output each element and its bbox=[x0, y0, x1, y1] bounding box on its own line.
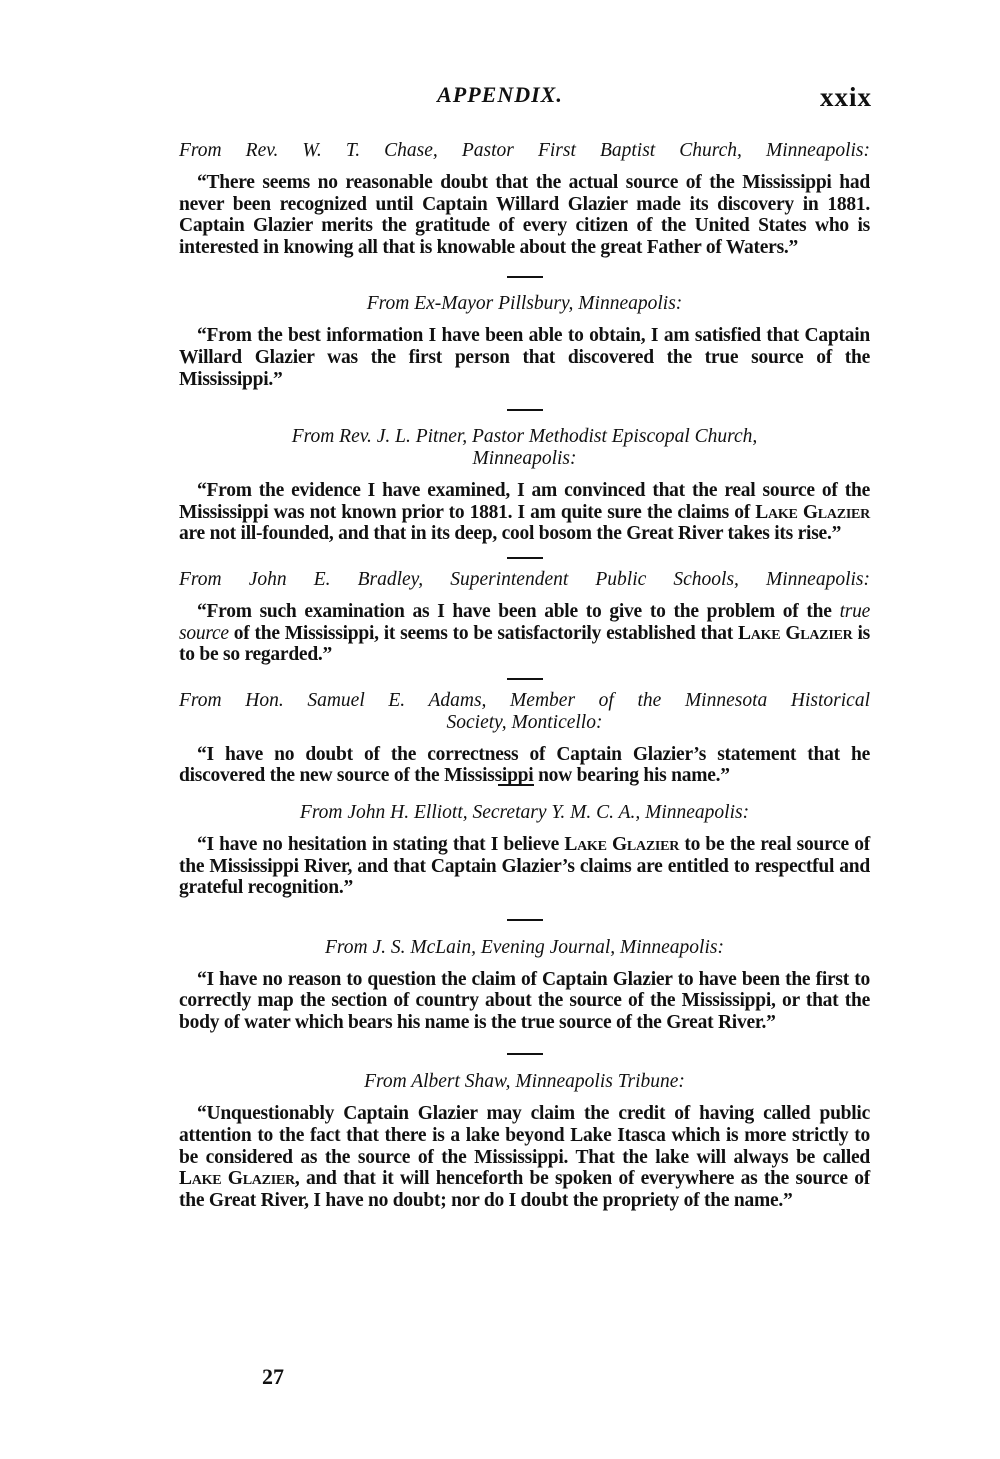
section-divider bbox=[507, 678, 543, 680]
lake-glazier-name: Lake Glazier bbox=[564, 834, 679, 855]
attribution: From John H. Elliott, Secretary Y. M. C.… bbox=[179, 802, 870, 824]
testimonial-chase: From Rev. W. T. Chase, Pastor First Bapt… bbox=[179, 140, 870, 258]
quote: “I have no reason to question the claim … bbox=[179, 969, 870, 1034]
quote-text: are not ill-founded, and that in its dee… bbox=[179, 523, 841, 544]
quote-text: “I have no hesitation in stating that I … bbox=[197, 834, 564, 855]
testimonial-elliott: From John H. Elliott, Secretary Y. M. C.… bbox=[179, 802, 870, 899]
attribution: From Albert Shaw, Minneapolis Tribune: bbox=[179, 1071, 870, 1093]
lake-glazier-name: Lake Glazier bbox=[738, 623, 852, 644]
testimonial-shaw: From Albert Shaw, Minneapolis Tribune: “… bbox=[179, 1071, 870, 1211]
testimonial-pillsbury: From Ex-Mayor Pillsbury, Minneapolis: “F… bbox=[179, 293, 870, 390]
book-page: APPENDIX. xxix From Rev. W. T. Chase, Pa… bbox=[0, 0, 1000, 1459]
quote-text: “Unquestionably Captain Glazier may clai… bbox=[179, 1103, 870, 1167]
quote: “From the best information I have been a… bbox=[179, 325, 870, 390]
attribution-line-2: Society, Monticello: bbox=[179, 712, 870, 734]
lake-glazier-name: Lake Glazier bbox=[179, 1168, 295, 1189]
testimonial-mclain: From J. S. McLain, Evening Journal, Minn… bbox=[179, 937, 870, 1034]
lake-glazier-name: Lake Glazier bbox=[755, 502, 870, 523]
section-divider bbox=[507, 409, 543, 411]
section-divider bbox=[507, 557, 543, 559]
testimonial-adams: From Hon. Samuel E. Adams, Member of the… bbox=[179, 690, 870, 787]
signature-mark: 27 bbox=[262, 1364, 284, 1390]
running-head: APPENDIX. xxix bbox=[0, 82, 1000, 112]
quote: “There seems no reasonable doubt that th… bbox=[179, 172, 870, 258]
quote: “I have no hesitation in stating that I … bbox=[179, 834, 870, 899]
attribution-line-1: From Hon. Samuel E. Adams, Member of the… bbox=[179, 690, 870, 712]
section-divider bbox=[507, 919, 543, 921]
attribution-line-1: From Rev. J. L. Pitner, Pastor Methodist… bbox=[179, 426, 870, 448]
testimonial-pitner: From Rev. J. L. Pitner, Pastor Methodist… bbox=[179, 426, 870, 545]
quote-text: of the Mississippi, it seems to be satis… bbox=[229, 623, 738, 644]
page-body: From Rev. W. T. Chase, Pastor First Bapt… bbox=[179, 140, 870, 1211]
quote: “I have no doubt of the correctness of C… bbox=[179, 744, 870, 787]
testimonial-bradley: From John E. Bradley, Superintendent Pub… bbox=[179, 569, 870, 666]
quote: “Unquestionably Captain Glazier may clai… bbox=[179, 1103, 870, 1211]
attribution: From J. S. McLain, Evening Journal, Minn… bbox=[179, 937, 870, 959]
attribution: From John E. Bradley, Superintendent Pub… bbox=[179, 569, 870, 591]
attribution: From Rev. W. T. Chase, Pastor First Bapt… bbox=[179, 140, 870, 162]
attribution: From Ex-Mayor Pillsbury, Minneapolis: bbox=[179, 293, 870, 315]
quote: “From such examination as I have been ab… bbox=[179, 601, 870, 666]
section-divider bbox=[507, 276, 543, 278]
page-number: xxix bbox=[820, 82, 872, 113]
quote: “From the evidence I have examined, I am… bbox=[179, 480, 870, 545]
quote-text: “From such examination as I have been ab… bbox=[197, 601, 840, 622]
section-divider bbox=[507, 1053, 543, 1055]
attribution-line-2: Minneapolis: bbox=[179, 448, 870, 470]
